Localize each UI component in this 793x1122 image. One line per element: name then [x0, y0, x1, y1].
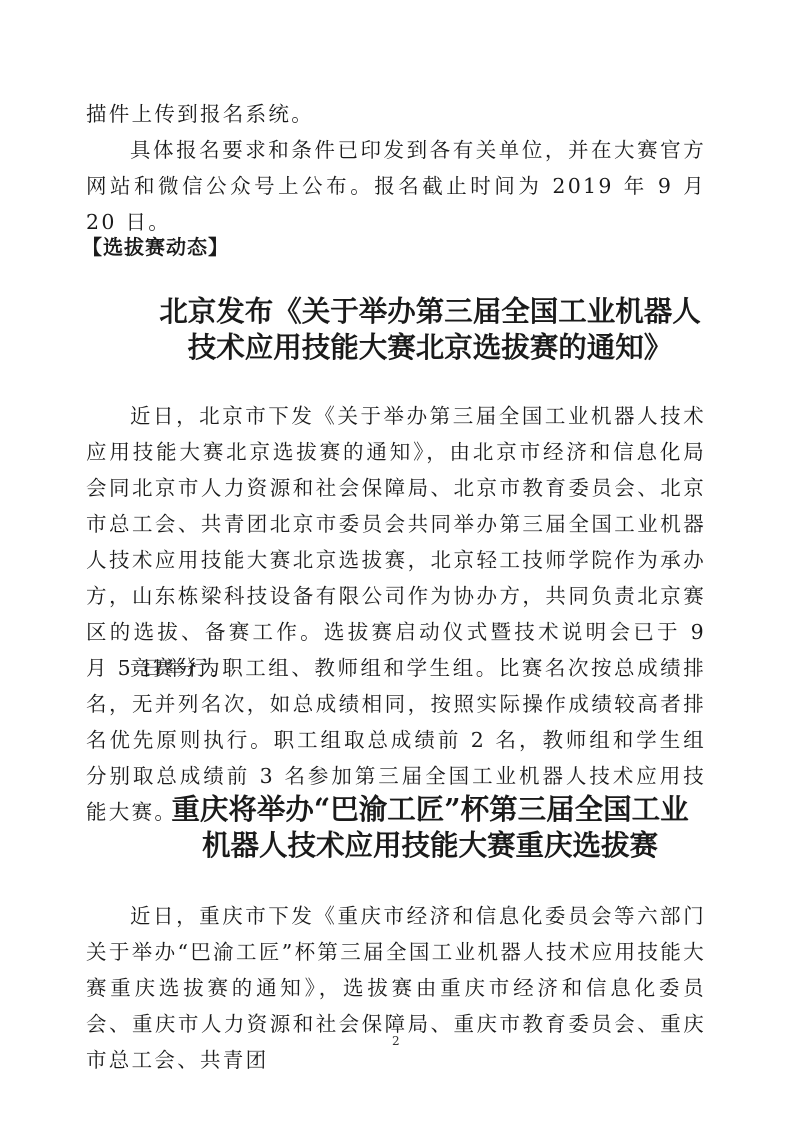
document-page: 描件上传到报名系统。 具体报名要求和条件已印发到各有关单位，并在大赛官方网站和微… — [0, 0, 793, 1122]
article-title-line2: 机器人技术应用技能大赛重庆选拔赛 — [130, 828, 730, 862]
article-title-line1: 北京发布《关于举办第三届全国工业机器人 — [130, 294, 730, 328]
section-label: 【选拔赛动态】 — [82, 231, 229, 260]
registration-paragraph: 具体报名要求和条件已印发到各有关单位，并在大赛官方网站和微信公众号上公布。报名截… — [86, 132, 706, 240]
intro-line: 描件上传到报名系统。 — [86, 96, 706, 132]
article-title-line2: 技术应用技能大赛北京选拔赛的通知》 — [130, 330, 730, 364]
article-paragraph: 近日，重庆市下发《重庆市经济和信息化委员会等六部门关于举办“巴渝工匠”杯第三届全… — [86, 898, 706, 1078]
article-paragraph: 近日，北京市下发《关于举办第三届全国工业机器人技术应用技能大赛北京选拔赛的通知》… — [86, 398, 706, 686]
page-number: 2 — [392, 1034, 400, 1048]
article-title-line1: 重庆将举办“巴渝工匠”杯第三届全国工业 — [130, 792, 730, 826]
